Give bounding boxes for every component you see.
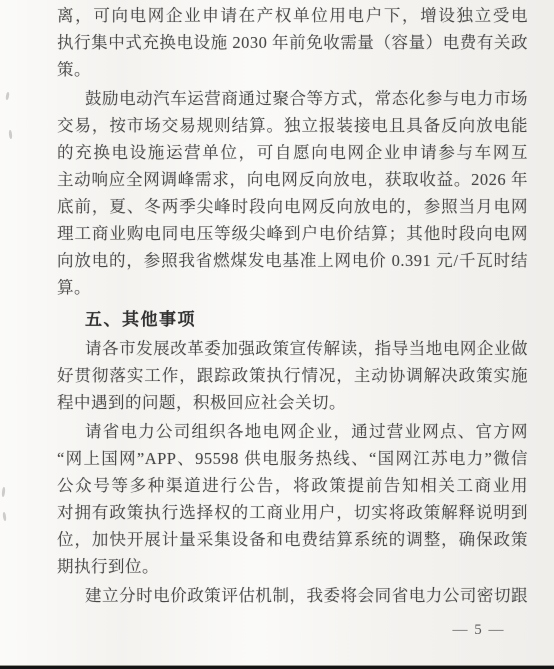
text-line: 算。 [57,274,528,301]
text-line: 建立分时电价政策评估机制，我委将会同省电力公司密切跟 [57,582,528,609]
text-line: 理工商业购电同电压等级尖峰到户电价结算；其他时段向电网反 [57,220,528,247]
text-line: 执行集中式充换电设施 2030 年前免收需量（容量）电费有关政 [57,29,528,56]
text-line: 主动响应全网调峰需求，向电网反向放电，获取收益。2026 年 [57,166,528,193]
text-line: 五、其他事项 [57,306,528,333]
scan-artifact [1,487,5,497]
text-line: 向放电的，参照我省燃煤发电基准上网电价 0.391 元/千瓦时结 [57,247,528,274]
text-line: 期执行到位。 [57,553,528,580]
document-body: 离，可向电网企业申请在产权单位用电户下，增设独立受电点，执行集中式充换电设施 2… [57,2,528,611]
text-line: 离，可向电网企业申请在产权单位用电户下，增设独立受电点， [57,2,528,29]
text-line: 位，加快开展计量采集设备和电费结算系统的调整，确保政策按 [57,526,528,553]
document-page: 离，可向电网企业申请在产权单位用电户下，增设独立受电点，执行集中式充换电设施 2… [0,0,554,669]
text-line: 鼓励电动汽车运营商通过聚合等方式，常态化参与电力市场 [57,85,528,112]
text-line: 底前，夏、冬两季尖峰时段向电网反向放电的，参照当月电网代 [57,193,528,220]
text-line: “网上国网”APP、95598 供电服务热线、“国网江苏电力”微信 [57,445,528,472]
text-line: 好贯彻落实工作，跟踪政策执行情况，主动协调解决政策实施过 [57,362,528,389]
text-line: 请省电力公司组织各地电网企业，通过营业网点、官方网站、 [57,418,528,445]
scan-artifact [9,130,13,139]
scan-artifact [2,512,6,521]
text-line: 交易，按市场交易规则结算。独立报装接电且具备反向放电能力 [57,112,528,139]
section-heading: 五、其他事项 [57,306,528,333]
text-line: 程中遇到的问题，积极回应社会关切。 [57,389,528,416]
text-line: 的充换电设施运营单位，可自愿向电网企业申请参与车网互动， [57,139,528,166]
text-line: 对拥有政策执行选择权的工商业用户，切实将政策解释说明到 [57,499,528,526]
paragraph: 建立分时电价政策评估机制，我委将会同省电力公司密切跟 [57,582,528,609]
text-line: 策。 [57,56,528,83]
paragraph: 请省电力公司组织各地电网企业，通过营业网点、官方网站、“网上国网”APP、955… [57,418,528,580]
page-number: — 5 — [453,620,506,640]
text-line: 公众号等多种渠道进行公告，将政策提前告知相关工商业用户， [57,472,528,499]
paragraph: 离，可向电网企业申请在产权单位用电户下，增设独立受电点，执行集中式充换电设施 2… [57,2,528,83]
scan-artifact [5,92,9,100]
paragraph: 鼓励电动汽车运营商通过聚合等方式，常态化参与电力市场交易，按市场交易规则结算。独… [57,85,528,301]
paragraph: 请各市发展改革委加强政策宣传解读，指导当地电网企业做好贯彻落实工作，跟踪政策执行… [57,335,528,416]
text-line: 请各市发展改革委加强政策宣传解读，指导当地电网企业做 [57,335,528,362]
